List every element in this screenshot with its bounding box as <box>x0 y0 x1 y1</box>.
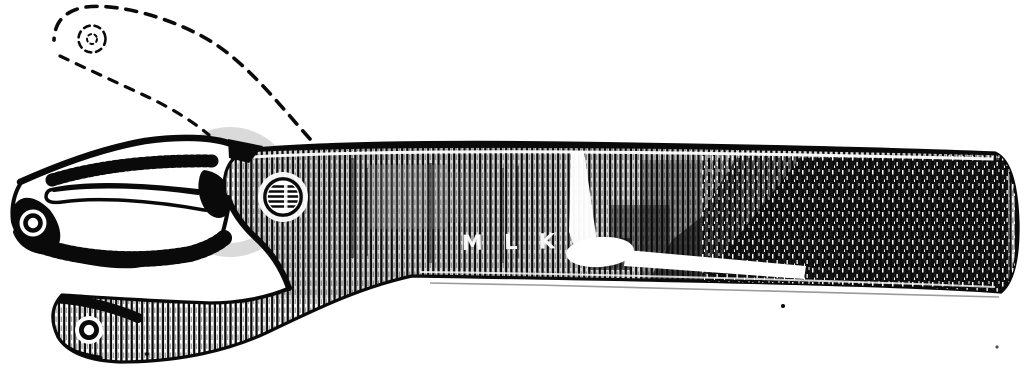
lower-pin-hole <box>84 325 94 335</box>
upper-pin-hole <box>28 218 38 228</box>
watermark-smudge <box>368 165 448 229</box>
lower-pin-hole-group <box>75 316 103 344</box>
spanner-wrench-illustration: M L K <box>0 0 1024 368</box>
engraving-canvas: Adjustable pin spanner wrench, vintage b… <box>0 0 1024 368</box>
body-shading: M L K <box>238 136 1022 298</box>
handle-stamp-letters: M L K <box>462 229 563 255</box>
